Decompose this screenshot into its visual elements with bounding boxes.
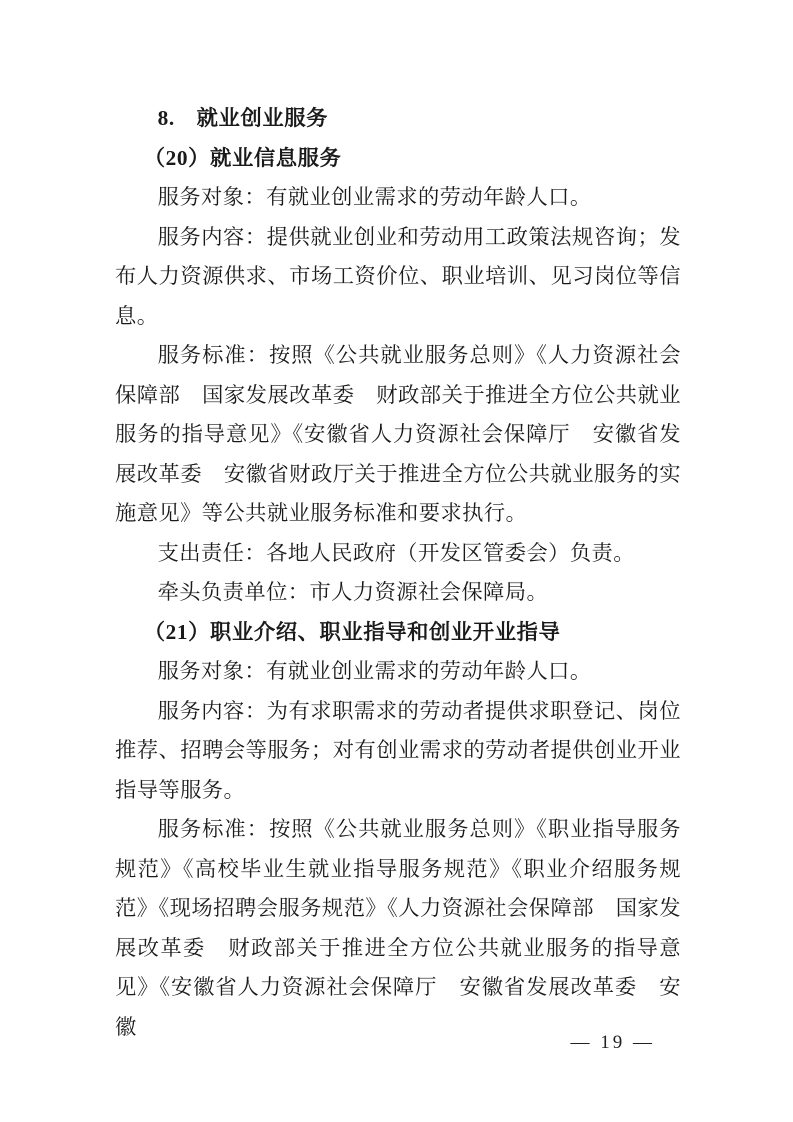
subsection-heading-21-job-referral-guidance: （21）职业介绍、职业指导和创业开业指导 — [115, 613, 681, 653]
section-heading-employment-services: 8. 就业创业服务 — [115, 99, 681, 139]
paragraph-21-service-content: 服务内容：为有求职需求的劳动者提供求职登记、岗位推荐、招聘会等服务；对有创业需求… — [115, 692, 681, 811]
paragraph-21-service-target: 服务对象：有就业创业需求的劳动年龄人口。 — [115, 652, 681, 692]
paragraph-21-service-standard: 服务标准：按照《公共就业服务总则》《职业指导服务规范》《高校毕业生就业指导服务规… — [115, 810, 681, 1047]
paragraph-20-service-target: 服务对象：有就业创业需求的劳动年龄人口。 — [115, 178, 681, 218]
paragraph-20-expenditure-responsibility: 支出责任：各地人民政府（开发区管委会）负责。 — [115, 534, 681, 574]
paragraph-20-service-standard: 服务标准：按照《公共就业服务总则》《人力资源社会保障部 国家发展改革委 财政部关… — [115, 336, 681, 534]
page-content: 8. 就业创业服务 （20）就业信息服务 服务对象：有就业创业需求的劳动年龄人口… — [115, 99, 681, 1047]
subsection-heading-20-employment-info: （20）就业信息服务 — [115, 139, 681, 179]
page-number: — 19 — — [571, 1030, 656, 1056]
document-page: 8. 就业创业服务 （20）就业信息服务 服务对象：有就业创业需求的劳动年龄人口… — [0, 0, 793, 1122]
paragraph-20-service-content: 服务内容：提供就业创业和劳动用工政策法规咨询；发布人力资源供求、市场工资价位、职… — [115, 218, 681, 337]
paragraph-20-lead-unit: 牵头负责单位：市人力资源社会保障局。 — [115, 573, 681, 613]
